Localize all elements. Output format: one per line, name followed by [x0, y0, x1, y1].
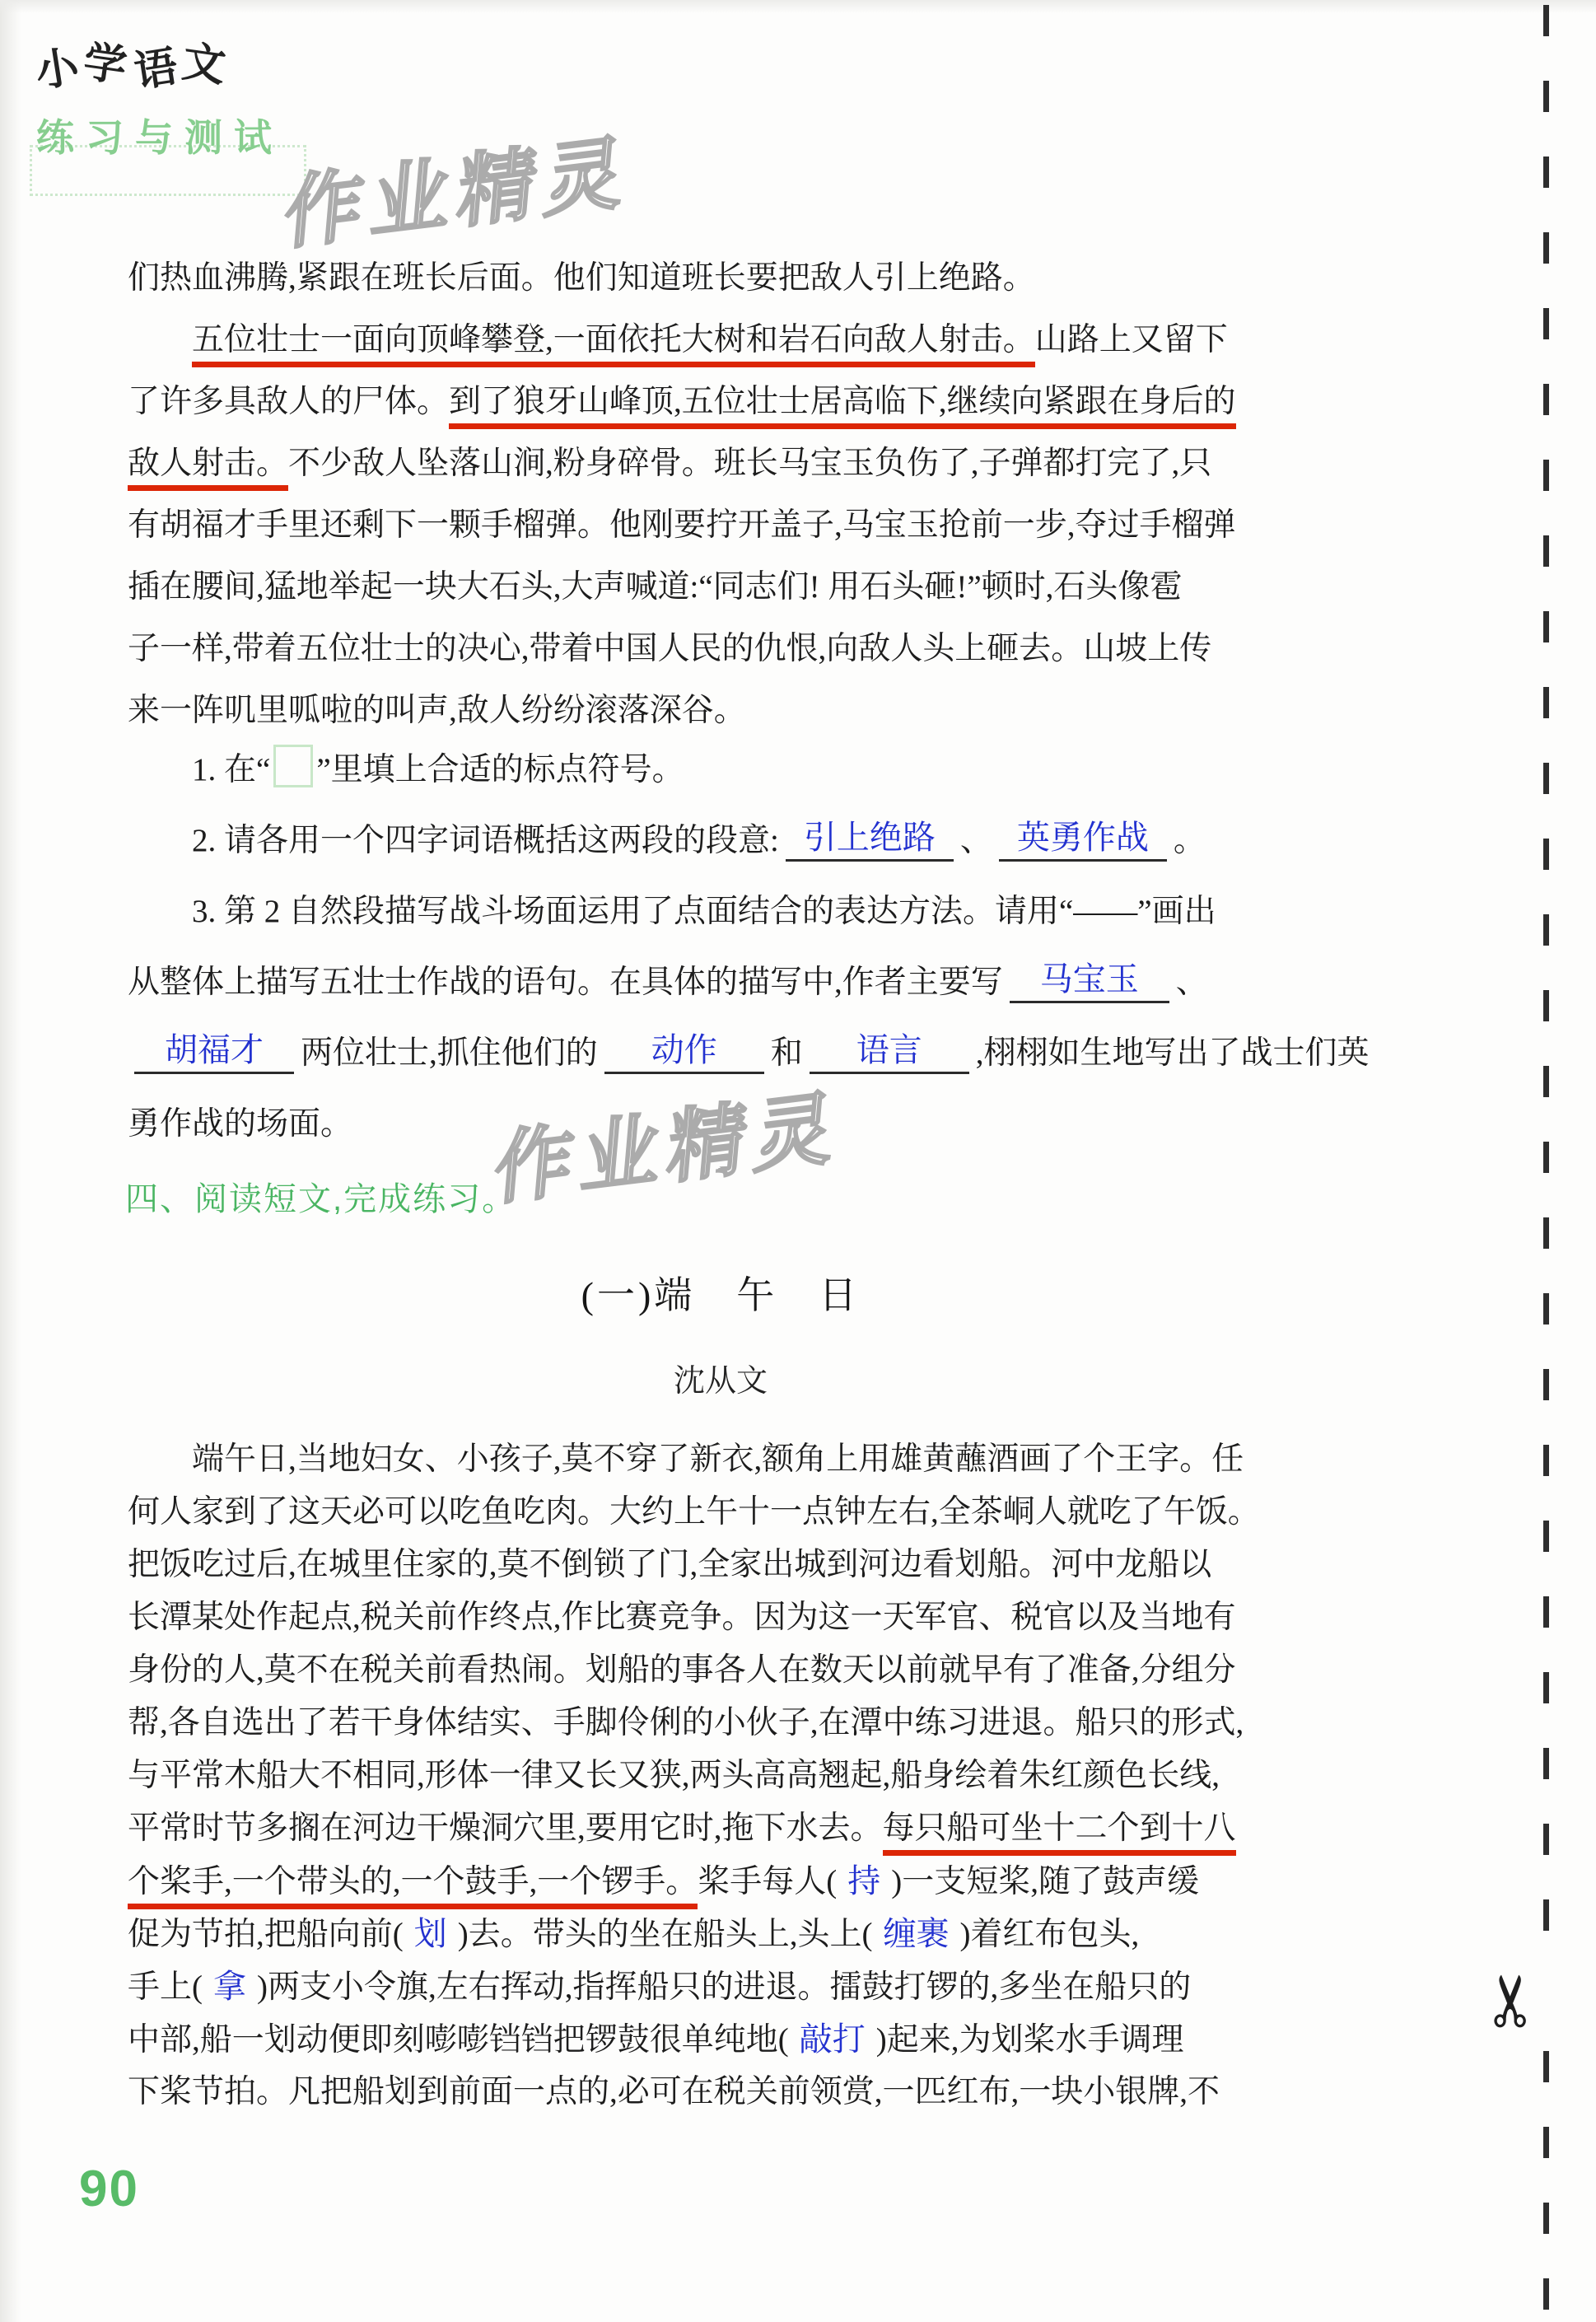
text-line: 把饭吃过后,在城里住家的,莫不倒锁了门,全家出城到河边看划船。河中龙船以 — [128, 1539, 1314, 1591]
text-line: 端午日,当地妇女、小孩子,莫不穿了新衣,额角上用雄黄蘸酒画了个王字。任 — [128, 1433, 1314, 1486]
brand-title-char: 小 — [30, 30, 89, 99]
reading-passage-2: 端午日,当地妇女、小孩子,莫不穿了新衣,额角上用雄黄蘸酒画了个王字。任何人家到了… — [128, 1433, 1314, 2119]
text-segment: 何人家到了这天必可以吃鱼吃肉。大约上午十一点钟左右,全茶峒人就吃了午饭。 — [128, 1494, 1260, 1530]
text-line: 1. 在“”里填上合适的标点符号。 — [128, 735, 1314, 806]
watermark: 作业精灵 — [280, 108, 637, 265]
handwritten-answer: 胡福才 — [165, 1031, 264, 1068]
text-line: 五位壮士一面向顶峰攀登,一面依托大树和岩石向敌人射击。山路上又留下 — [128, 309, 1314, 371]
brand-title-char: 文 — [179, 26, 236, 95]
red-underlined-text: 到了狼牙山峰顶,五位壮士居高临下,继续向紧跟在身后的 — [449, 384, 1236, 429]
handwritten-answer: 划 — [414, 1915, 447, 1952]
text-line: 3. 第 2 自然段描写战斗场面运用了点面结合的表达方法。请用“——”画出 — [128, 876, 1314, 947]
text-line: 长潭某处作起点,税关前作终点,作比赛竞争。因为这一天军官、税官以及当地有 — [128, 1591, 1314, 1644]
text-line: 身份的人,莫不在税关前看热闹。划船的事各人在数天以前就早有了准备,分组分 — [128, 1644, 1314, 1697]
text-segment: ”里填上合适的标点符号。 — [316, 752, 684, 787]
handwritten-answer: 引上绝路 — [804, 819, 936, 856]
brand-title-char: 语 — [129, 30, 188, 99]
text-segment: 端午日,当地妇女、小孩子,莫不穿了新衣,额角上用雄黄蘸酒画了个王字。任 — [192, 1441, 1244, 1477]
text-segment: 、 — [960, 823, 992, 858]
text-segment: 。 — [1174, 823, 1206, 858]
text-segment: ,栩栩如生地写出了战士们英 — [976, 1035, 1370, 1071]
text-segment: 桨手每人( — [698, 1864, 837, 1899]
text-segment: 下桨节拍。凡把船划到前面一点的,必可在税关前领赏,一匹红布,一块小银牌,不 — [128, 2074, 1220, 2109]
workbook-page: { "page": { "number": "90" }, "colors": … — [0, 0, 1596, 2322]
text-line: 有胡福才手里还剩下一颗手榴弹。他刚要拧开盖子,马宝玉抢前一步,夺过手榴弹 — [128, 494, 1314, 556]
text-segment: 平常时节多搁在河边干燥洞穴里,要用它时,拖下水去。 — [128, 1810, 883, 1846]
text-segment: 从整体上描写五壮士作战的语句。在具体的描写中,作者主要写 — [128, 965, 1003, 1000]
page-edge-shadow-top — [0, 0, 1596, 13]
text-segment: 把饭吃过后,在城里住家的,莫不倒锁了门,全家出城到河边看划船。河中龙船以 — [128, 1547, 1211, 1582]
text-line: 敌人射击。不少敌人坠落山涧,粉身碎骨。班长马宝玉负伤了,子弹都打完了,只 — [128, 432, 1314, 494]
text-line: 来一阵叽里呱啦的叫声,敌人纷纷滚落深谷。 — [128, 680, 1314, 741]
text-segment: )起来,为划桨水手调理 — [876, 2022, 1184, 2058]
text-segment: )一支短桨,随了鼓声缓 — [891, 1864, 1199, 1899]
text-segment: 有胡福才手里还剩下一颗手榴弹。他刚要拧开盖子,马宝玉抢前一步,夺过手榴弹 — [128, 507, 1236, 543]
text-line: 手上(拿)两支小令旗,左右挥动,指挥船只的进退。擂鼓打锣的,多坐在船只的 — [128, 1960, 1314, 2013]
handwritten-answer: 持 — [847, 1862, 880, 1899]
red-underlined-text: 敌人射击。 — [128, 446, 288, 491]
passage-title: (一)端 午 日 — [128, 1273, 1314, 1318]
punctuation-box — [273, 745, 313, 787]
red-underlined-text: 五位壮士一面向顶峰攀登,一面依托大树和岩石向敌人射击。 — [192, 322, 1035, 367]
handwritten-answer: 语言 — [856, 1031, 922, 1068]
brand-header: 小学语文 练习与测试 — [35, 31, 283, 162]
text-segment: 2. 请各用一个四字词语概括这两段的段意: — [192, 823, 779, 858]
page-edge-shadow-left — [0, 0, 21, 2322]
text-segment: 勇作战的场面。 — [128, 1106, 352, 1142]
text-line: 促为节拍,把船向前(划)去。带头的坐在船头上,头上(缠裹)着红布包头, — [128, 1908, 1314, 1960]
handwritten-answer: 英勇作战 — [1017, 819, 1149, 856]
questions-block: 1. 在“”里填上合适的标点符号。2. 请各用一个四字词语概括这两段的段意:引上… — [128, 735, 1314, 1160]
text-segment: )着红布包头, — [959, 1917, 1139, 1952]
brand-title-char: 学 — [80, 26, 138, 95]
text-line: 平常时节多搁在河边干燥洞穴里,要用它时,拖下水去。每只船可坐十二个到十八 — [128, 1802, 1314, 1855]
text-segment: 子一样,带着五位壮士的决心,带着中国人民的仇恨,向敌人头上砸去。山坡上传 — [128, 631, 1211, 666]
text-line: 个桨手,一个带头的,一个鼓手,一个锣手。桨手每人(持)一支短桨,随了鼓声缓 — [128, 1855, 1314, 1908]
text-segment: 山路上又留下 — [1035, 322, 1228, 357]
text-segment: )去。带头的坐在船头上,头上( — [458, 1917, 873, 1952]
text-segment: 插在腰间,猛地举起一块大石头,大声喊道:“同志们! 用石头砸!”顿时,石头像雹 — [128, 569, 1182, 605]
text-segment: 与平常木船大不相同,形体一律又长又狭,两头高高翘起,船身绘着朱红颜色长线, — [128, 1758, 1220, 1793]
answer-blank: 引上绝路 — [786, 822, 954, 862]
text-line: 了许多具敌人的尸体。到了狼牙山峰顶,五位壮士居高临下,继续向紧跟在身后的 — [128, 371, 1314, 432]
answer-blank: 胡福才 — [134, 1035, 294, 1074]
red-underlined-text: 个桨手,一个带头的,一个鼓手,一个锣手。 — [128, 1864, 698, 1909]
text-line: 何人家到了这天必可以吃鱼吃肉。大约上午十一点钟左右,全茶峒人就吃了午饭。 — [128, 1486, 1314, 1539]
answer-blank: 动作 — [604, 1035, 764, 1074]
answer-blank: 英勇作战 — [999, 822, 1167, 862]
answer-blank: 语言 — [810, 1035, 969, 1074]
page-number: 90 — [79, 2160, 139, 2218]
text-line: 与平常木船大不相同,形体一律又长又狭,两头高高翘起,船身绘着朱红颜色长线, — [128, 1750, 1314, 1802]
scissors-icon: ✂ — [1475, 1971, 1549, 2030]
brand-subtitle: 练习与测试 — [36, 108, 283, 162]
section-header: 四、阅读短文,完成练习。 — [125, 1180, 516, 1219]
text-segment: 、 — [1176, 965, 1208, 1000]
text-segment: 中部,船一划动便即刻嘭嘭铛铛把锣鼓很单纯地( — [128, 2022, 789, 2058]
text-segment: 手上( — [128, 1969, 203, 2005]
text-segment: 3. 第 2 自然段描写战斗场面运用了点面结合的表达方法。请用“——”画出 — [192, 894, 1216, 929]
text-line: 下桨节拍。凡把船划到前面一点的,必可在税关前领赏,一匹红布,一块小银牌,不 — [128, 2066, 1314, 2119]
text-segment: 和 — [771, 1035, 803, 1071]
red-underlined-text: 每只船可坐十二个到十八 — [883, 1810, 1236, 1856]
text-line: 胡福才两位壮士,抓住他们的动作和语言,栩栩如生地写出了战士们英 — [128, 1018, 1314, 1089]
text-line: 们热血沸腾,紧跟在班长后面。他们知道班长要把敌人引上绝路。 — [128, 247, 1314, 309]
reading-passage-1: 们热血沸腾,紧跟在班长后面。他们知道班长要把敌人引上绝路。五位壮士一面向顶峰攀登… — [128, 247, 1314, 741]
text-segment: 不少敌人坠落山涧,粉身碎骨。班长马宝玉负伤了,子弹都打完了,只 — [288, 446, 1211, 481]
handwritten-answer: 敲打 — [800, 2021, 866, 2058]
text-segment: 们热血沸腾,紧跟在班长后面。他们知道班长要把敌人引上绝路。 — [128, 260, 1035, 296]
handwritten-answer: 动作 — [651, 1031, 717, 1068]
answer-blank: 马宝玉 — [1010, 964, 1169, 1003]
text-line: 勇作战的场面。 — [128, 1089, 1314, 1160]
text-segment: 长潭某处作起点,税关前作终点,作比赛竞争。因为这一天军官、税官以及当地有 — [128, 1600, 1236, 1635]
text-segment: 来一阵叽里呱啦的叫声,敌人纷纷滚落深谷。 — [128, 693, 746, 728]
brand-title: 小学语文 — [35, 31, 283, 93]
text-line: 从整体上描写五壮士作战的语句。在具体的描写中,作者主要写马宝玉、 — [128, 947, 1314, 1018]
text-segment: )两支小令旗,左右挥动,指挥船只的进退。擂鼓打锣的,多坐在船只的 — [257, 1969, 1191, 2005]
text-line: 子一样,带着五位壮士的决心,带着中国人民的仇恨,向敌人头上砸去。山坡上传 — [128, 618, 1314, 680]
text-segment: 了许多具敌人的尸体。 — [128, 384, 449, 419]
text-segment: 促为节拍,把船向前( — [128, 1917, 404, 1952]
handwritten-answer: 缠裹 — [883, 1915, 949, 1952]
text-segment: 两位壮士,抓住他们的 — [301, 1035, 598, 1071]
text-segment: 1. 在“ — [192, 752, 270, 787]
handwritten-answer: 马宝玉 — [1040, 960, 1139, 997]
text-line: 2. 请各用一个四字词语概括这两段的段意:引上绝路、英勇作战。 — [128, 806, 1314, 876]
text-line: 帮,各自选出了若干身体结实、手脚伶俐的小伙子,在潭中练习进退。船只的形式, — [128, 1697, 1314, 1750]
handwritten-answer: 拿 — [213, 1968, 246, 2005]
text-line: 插在腰间,猛地举起一块大石头,大声喊道:“同志们! 用石头砸!”顿时,石头像雹 — [128, 556, 1314, 618]
text-segment: 身份的人,莫不在税关前看热闹。划船的事各人在数天以前就早有了准备,分组分 — [128, 1652, 1236, 1688]
text-line: 中部,船一划动便即刻嘭嘭铛铛把锣鼓很单纯地(敲打)起来,为划桨水手调理 — [128, 2013, 1314, 2066]
text-segment: 帮,各自选出了若干身体结实、手脚伶俐的小伙子,在潭中练习进退。船只的形式, — [128, 1705, 1244, 1740]
passage-author: 沈从文 — [128, 1363, 1314, 1399]
